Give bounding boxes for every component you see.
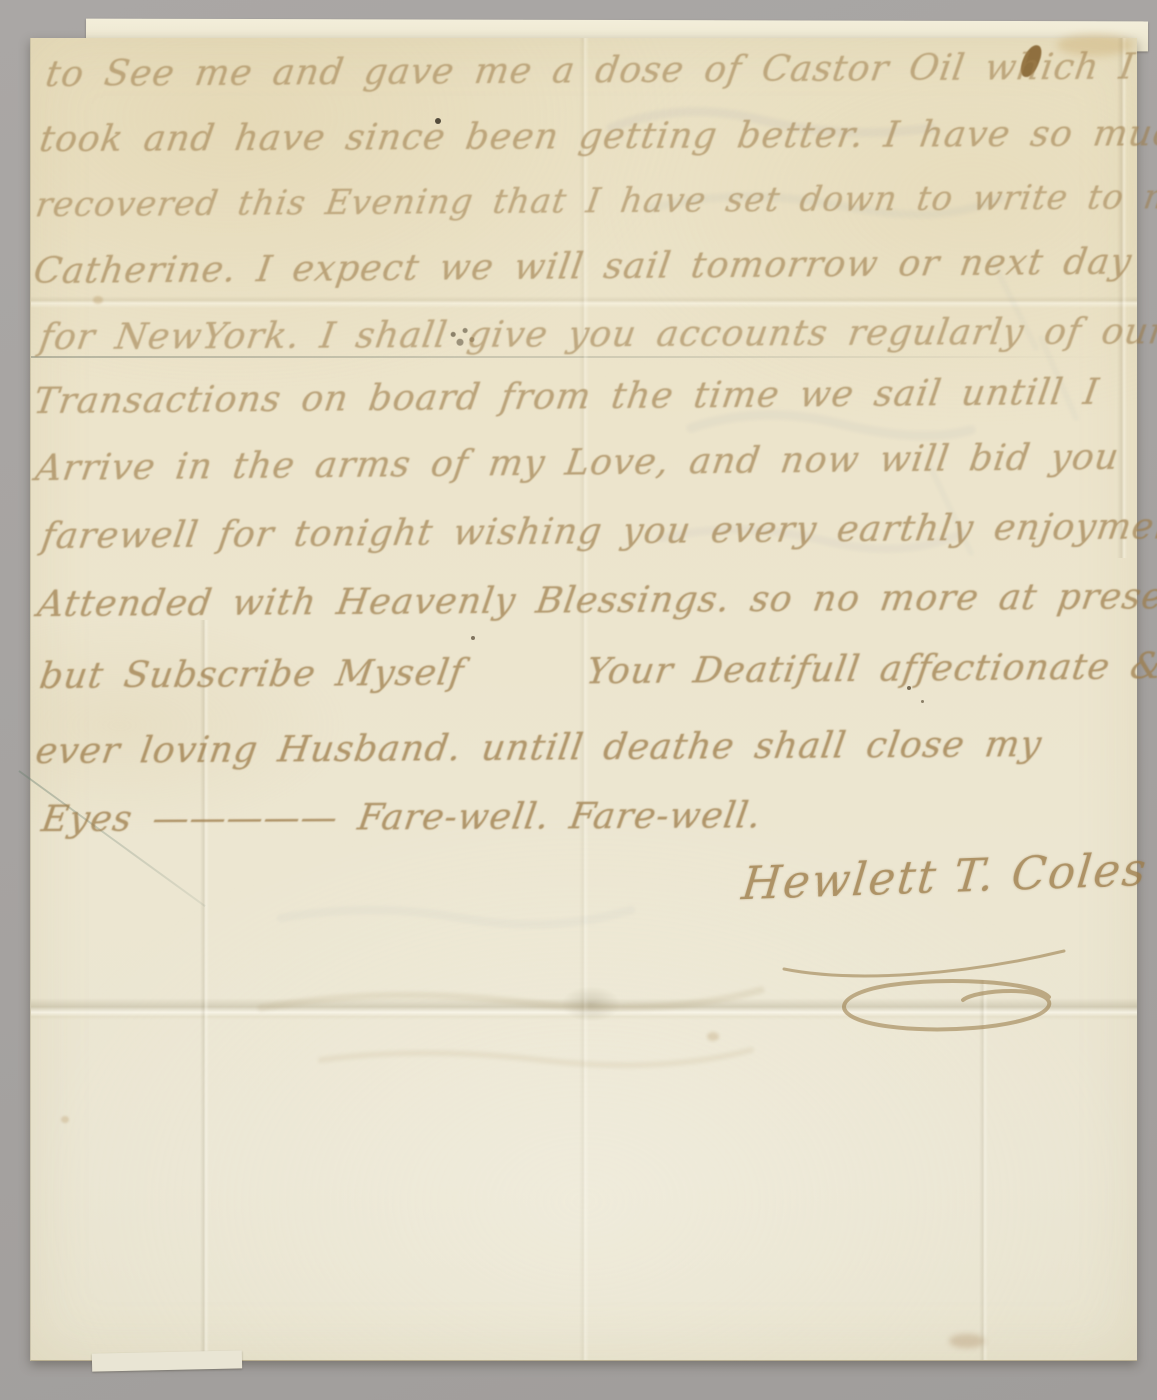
signature-flourish xyxy=(759,931,1089,1046)
letter-line-11: ever loving Husband. untill deathe shall… xyxy=(33,724,1045,772)
letter-line-1: to See me and gave me a dose of Castor O… xyxy=(43,46,1138,95)
letter-line-2: took and have since been getting better.… xyxy=(37,113,1157,160)
under-sheet-corner xyxy=(92,1350,242,1371)
letter-line-5: for NewYork. I shall give you accounts r… xyxy=(37,311,1157,358)
letter-line-9: Attended with Heavenly Blessings. so no … xyxy=(35,576,1157,625)
letter-line-3: recovered this Evening that I have set d… xyxy=(33,177,1157,225)
show-through-marks xyxy=(31,38,1137,1360)
letter-page xyxy=(30,38,1137,1361)
letter-line-12: Eyes ————— Fare-well. Fare-well. xyxy=(39,795,765,840)
photograph-background: to See me and gave me a dose of Castor O… xyxy=(0,0,1157,1400)
